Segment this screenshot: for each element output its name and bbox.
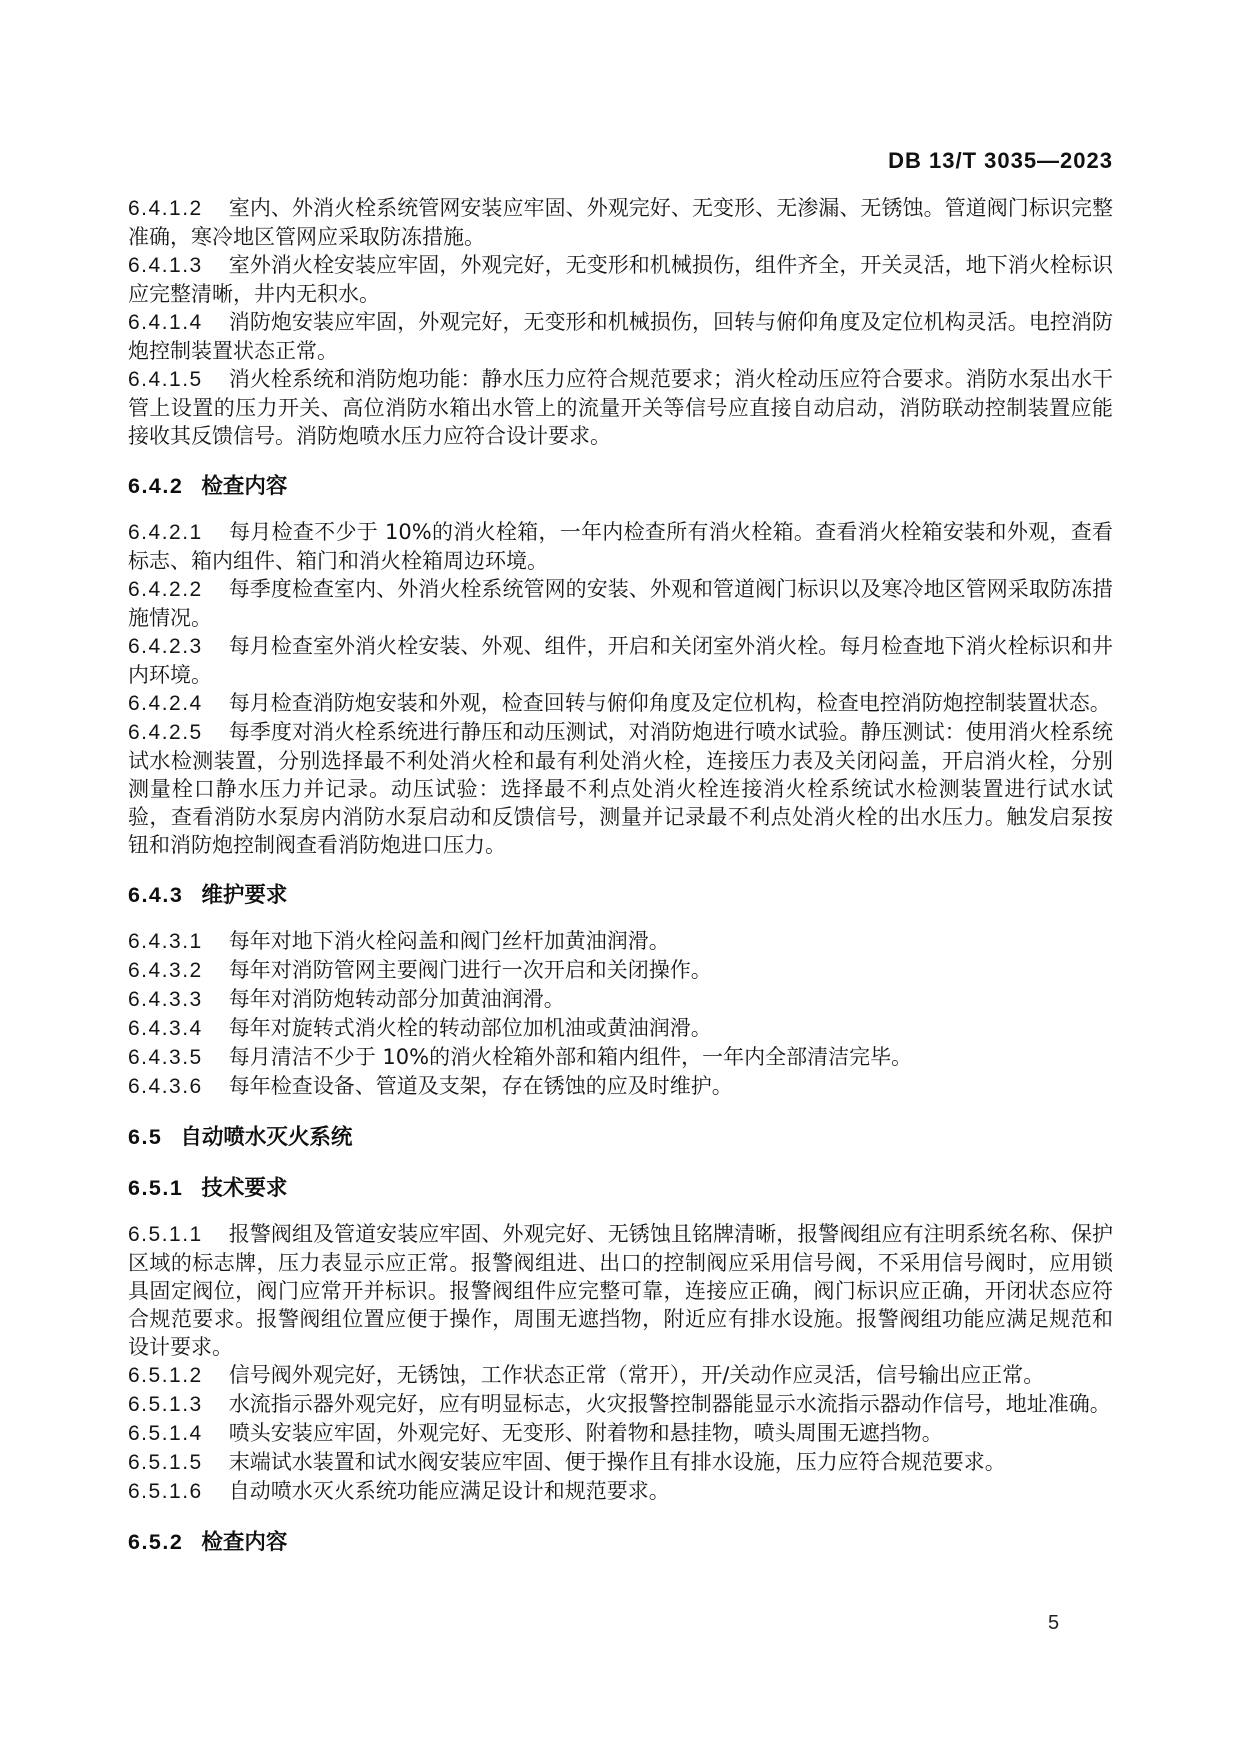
clause-text: 每年对消防炮转动部分加黄油润滑。 <box>229 987 565 1011</box>
heading-title: 检查内容 <box>201 474 287 499</box>
section-heading: 6.4.3维护要求 <box>128 881 1113 910</box>
clause-paragraph: 6.5.1.3水流指示器外观完好，应有明显标志，火灾报警控制器能显示水流指示器动… <box>128 1390 1113 1419</box>
clause-number: 6.4.1.2 <box>128 197 203 220</box>
clause-text: 每月清洁不少于 10%的消火栓箱外部和箱内组件，一年内全部清洁完毕。 <box>229 1045 912 1069</box>
page-number: 5 <box>1048 1612 1059 1635</box>
clause-paragraph: 6.4.2.2每季度检查室内、外消火栓系统管网的安装、外观和管道阀门标识以及寒冷… <box>128 575 1113 632</box>
clause-paragraph: 6.5.1.6自动喷水灭火系统功能应满足设计和规范要求。 <box>128 1477 1113 1506</box>
clause-text: 每年对旋转式消火栓的转动部位加机油或黄油润滑。 <box>229 1016 712 1040</box>
document-header: DB 13/T 3035—2023 <box>128 150 1113 172</box>
clause-number: 6.4.3.3 <box>128 988 203 1011</box>
clause-text: 每月检查不少于 10%的消火栓箱，一年内检查所有消火栓箱。查看消火栓箱安装和外观… <box>128 520 1113 573</box>
heading-number: 6.4.3 <box>128 883 183 907</box>
clause-text: 室外消火栓安装应牢固，外观完好，无变形和机械损伤，组件齐全，开关灵活，地下消火栓… <box>128 253 1113 306</box>
clause-number: 6.4.3.5 <box>128 1046 203 1069</box>
heading-number: 6.5 <box>128 1125 162 1149</box>
clause-number: 6.4.1.4 <box>128 311 203 334</box>
clause-number: 6.4.3.4 <box>128 1017 203 1040</box>
clause-number: 6.4.2.1 <box>128 521 203 544</box>
clause-text: 报警阀组及管道安装应牢固、外观完好、无锈蚀且铭牌清晰，报警阀组应有注明系统名称、… <box>128 1222 1113 1359</box>
clause-text: 每季度对消火栓系统进行静压和动压测试，对消防炮进行喷水试验。静压测试：使用消火栓… <box>128 720 1113 857</box>
clause-paragraph: 6.5.1.4喷头安装应牢固，外观完好、无变形、附着物和悬挂物，喷头周围无遮挡物… <box>128 1419 1113 1448</box>
section-heading: 6.5.1技术要求 <box>128 1174 1113 1203</box>
clause-number: 6.5.1.5 <box>128 1451 203 1474</box>
clause-text: 消防炮安装应牢固，外观完好，无变形和机械损伤，回转与俯仰角度及定位机构灵活。电控… <box>128 310 1113 363</box>
clause-text: 每年对地下消火栓闷盖和阀门丝杆加黄油润滑。 <box>229 929 670 953</box>
clause-paragraph: 6.5.1.2信号阀外观完好，无锈蚀，工作状态正常（常开），开/关动作应灵活，信… <box>128 1361 1113 1390</box>
clause-number: 6.5.1.3 <box>128 1393 203 1416</box>
document-content: 6.4.1.2室内、外消火栓系统管网安装应牢固、外观完好、无变形、无渗漏、无锈蚀… <box>128 194 1113 1557</box>
heading-title: 技术要求 <box>201 1176 287 1201</box>
clause-number: 6.4.3.6 <box>128 1075 203 1098</box>
clause-number: 6.4.2.4 <box>128 692 203 715</box>
clause-number: 6.4.2.5 <box>128 721 203 744</box>
heading-title: 检查内容 <box>201 1530 287 1555</box>
clause-paragraph: 6.4.1.2室内、外消火栓系统管网安装应牢固、外观完好、无变形、无渗漏、无锈蚀… <box>128 194 1113 251</box>
clause-paragraph: 6.4.2.3每月检查室外消火栓安装、外观、组件，开启和关闭室外消火栓。每月检查… <box>128 632 1113 689</box>
clause-number: 6.4.1.5 <box>128 368 203 391</box>
clause-paragraph: 6.4.3.4每年对旋转式消火栓的转动部位加机油或黄油润滑。 <box>128 1014 1113 1043</box>
clause-number: 6.4.3.1 <box>128 930 203 953</box>
clause-text: 每月检查消防炮安装和外观，检查回转与俯仰角度及定位机构，检查电控消防炮控制装置状… <box>229 691 1111 715</box>
clause-text: 每年检查设备、管道及支架，存在锈蚀的应及时维护。 <box>229 1074 733 1098</box>
section-heading: 6.5自动喷水灭火系统 <box>128 1123 1113 1152</box>
heading-title: 维护要求 <box>201 883 287 908</box>
clause-number: 6.5.1.2 <box>128 1364 203 1387</box>
clause-number: 6.4.1.3 <box>128 254 203 277</box>
clause-number: 6.5.1.1 <box>128 1223 203 1246</box>
clause-paragraph: 6.5.1.5末端试水装置和试水阀安装应牢固、便于操作且有排水设施，压力应符合规… <box>128 1448 1113 1477</box>
clause-paragraph: 6.4.1.4消防炮安装应牢固，外观完好，无变形和机械损伤，回转与俯仰角度及定位… <box>128 308 1113 365</box>
clause-number: 6.5.1.4 <box>128 1422 203 1445</box>
section-heading: 6.4.2检查内容 <box>128 472 1113 501</box>
clause-number: 6.5.1.6 <box>128 1480 203 1503</box>
standard-number: DB 13/T 3035—2023 <box>888 148 1113 173</box>
clause-number: 6.4.3.2 <box>128 959 203 982</box>
clause-paragraph: 6.4.2.5每季度对消火栓系统进行静压和动压测试，对消防炮进行喷水试验。静压测… <box>128 718 1113 859</box>
clause-paragraph: 6.4.3.1每年对地下消火栓闷盖和阀门丝杆加黄油润滑。 <box>128 927 1113 956</box>
clause-text: 每月检查室外消火栓安装、外观、组件，开启和关闭室外消火栓。每月检查地下消火栓标识… <box>128 634 1113 687</box>
clause-paragraph: 6.5.1.1报警阀组及管道安装应牢固、外观完好、无锈蚀且铭牌清晰，报警阀组应有… <box>128 1220 1113 1361</box>
heading-number: 6.4.2 <box>128 474 183 498</box>
clause-text: 每年对消防管网主要阀门进行一次开启和关闭操作。 <box>229 958 712 982</box>
clause-text: 室内、外消火栓系统管网安装应牢固、外观完好、无变形、无渗漏、无锈蚀。管道阀门标识… <box>128 196 1113 249</box>
clause-paragraph: 6.4.3.6每年检查设备、管道及支架，存在锈蚀的应及时维护。 <box>128 1072 1113 1101</box>
clause-paragraph: 6.4.3.3每年对消防炮转动部分加黄油润滑。 <box>128 985 1113 1014</box>
clause-text: 喷头安装应牢固，外观完好、无变形、附着物和悬挂物，喷头周围无遮挡物。 <box>229 1421 943 1445</box>
clause-text: 水流指示器外观完好，应有明显标志，火灾报警控制器能显示水流指示器动作信号，地址准… <box>229 1392 1111 1416</box>
clause-paragraph: 6.4.1.3室外消火栓安装应牢固，外观完好，无变形和机械损伤，组件齐全，开关灵… <box>128 251 1113 308</box>
clause-text: 消火栓系统和消防炮功能：静水压力应符合规范要求；消火栓动压应符合要求。消防水泵出… <box>128 367 1113 448</box>
heading-number: 6.5.2 <box>128 1530 183 1554</box>
heading-title: 自动喷水灭火系统 <box>180 1125 352 1150</box>
clause-paragraph: 6.4.3.2每年对消防管网主要阀门进行一次开启和关闭操作。 <box>128 956 1113 985</box>
clause-text: 每季度检查室内、外消火栓系统管网的安装、外观和管道阀门标识以及寒冷地区管网采取防… <box>128 577 1113 630</box>
heading-number: 6.5.1 <box>128 1176 183 1200</box>
clause-text: 末端试水装置和试水阀安装应牢固、便于操作且有排水设施，压力应符合规范要求。 <box>229 1450 1006 1474</box>
section-heading: 6.5.2检查内容 <box>128 1528 1113 1557</box>
clause-paragraph: 6.4.2.1每月检查不少于 10%的消火栓箱，一年内检查所有消火栓箱。查看消火… <box>128 518 1113 575</box>
clause-number: 6.4.2.2 <box>128 578 203 601</box>
clause-paragraph: 6.4.2.4每月检查消防炮安装和外观，检查回转与俯仰角度及定位机构，检查电控消… <box>128 689 1113 718</box>
document-page: DB 13/T 3035—2023 6.4.1.2室内、外消火栓系统管网安装应牢… <box>0 0 1241 1755</box>
clause-paragraph: 6.4.3.5每月清洁不少于 10%的消火栓箱外部和箱内组件，一年内全部清洁完毕… <box>128 1043 1113 1072</box>
clause-text: 信号阀外观完好，无锈蚀，工作状态正常（常开），开/关动作应灵活，信号输出应正常。 <box>229 1363 1045 1387</box>
clause-number: 6.4.2.3 <box>128 635 203 658</box>
clause-text: 自动喷水灭火系统功能应满足设计和规范要求。 <box>229 1479 670 1503</box>
clause-paragraph: 6.4.1.5消火栓系统和消防炮功能：静水压力应符合规范要求；消火栓动压应符合要… <box>128 365 1113 450</box>
